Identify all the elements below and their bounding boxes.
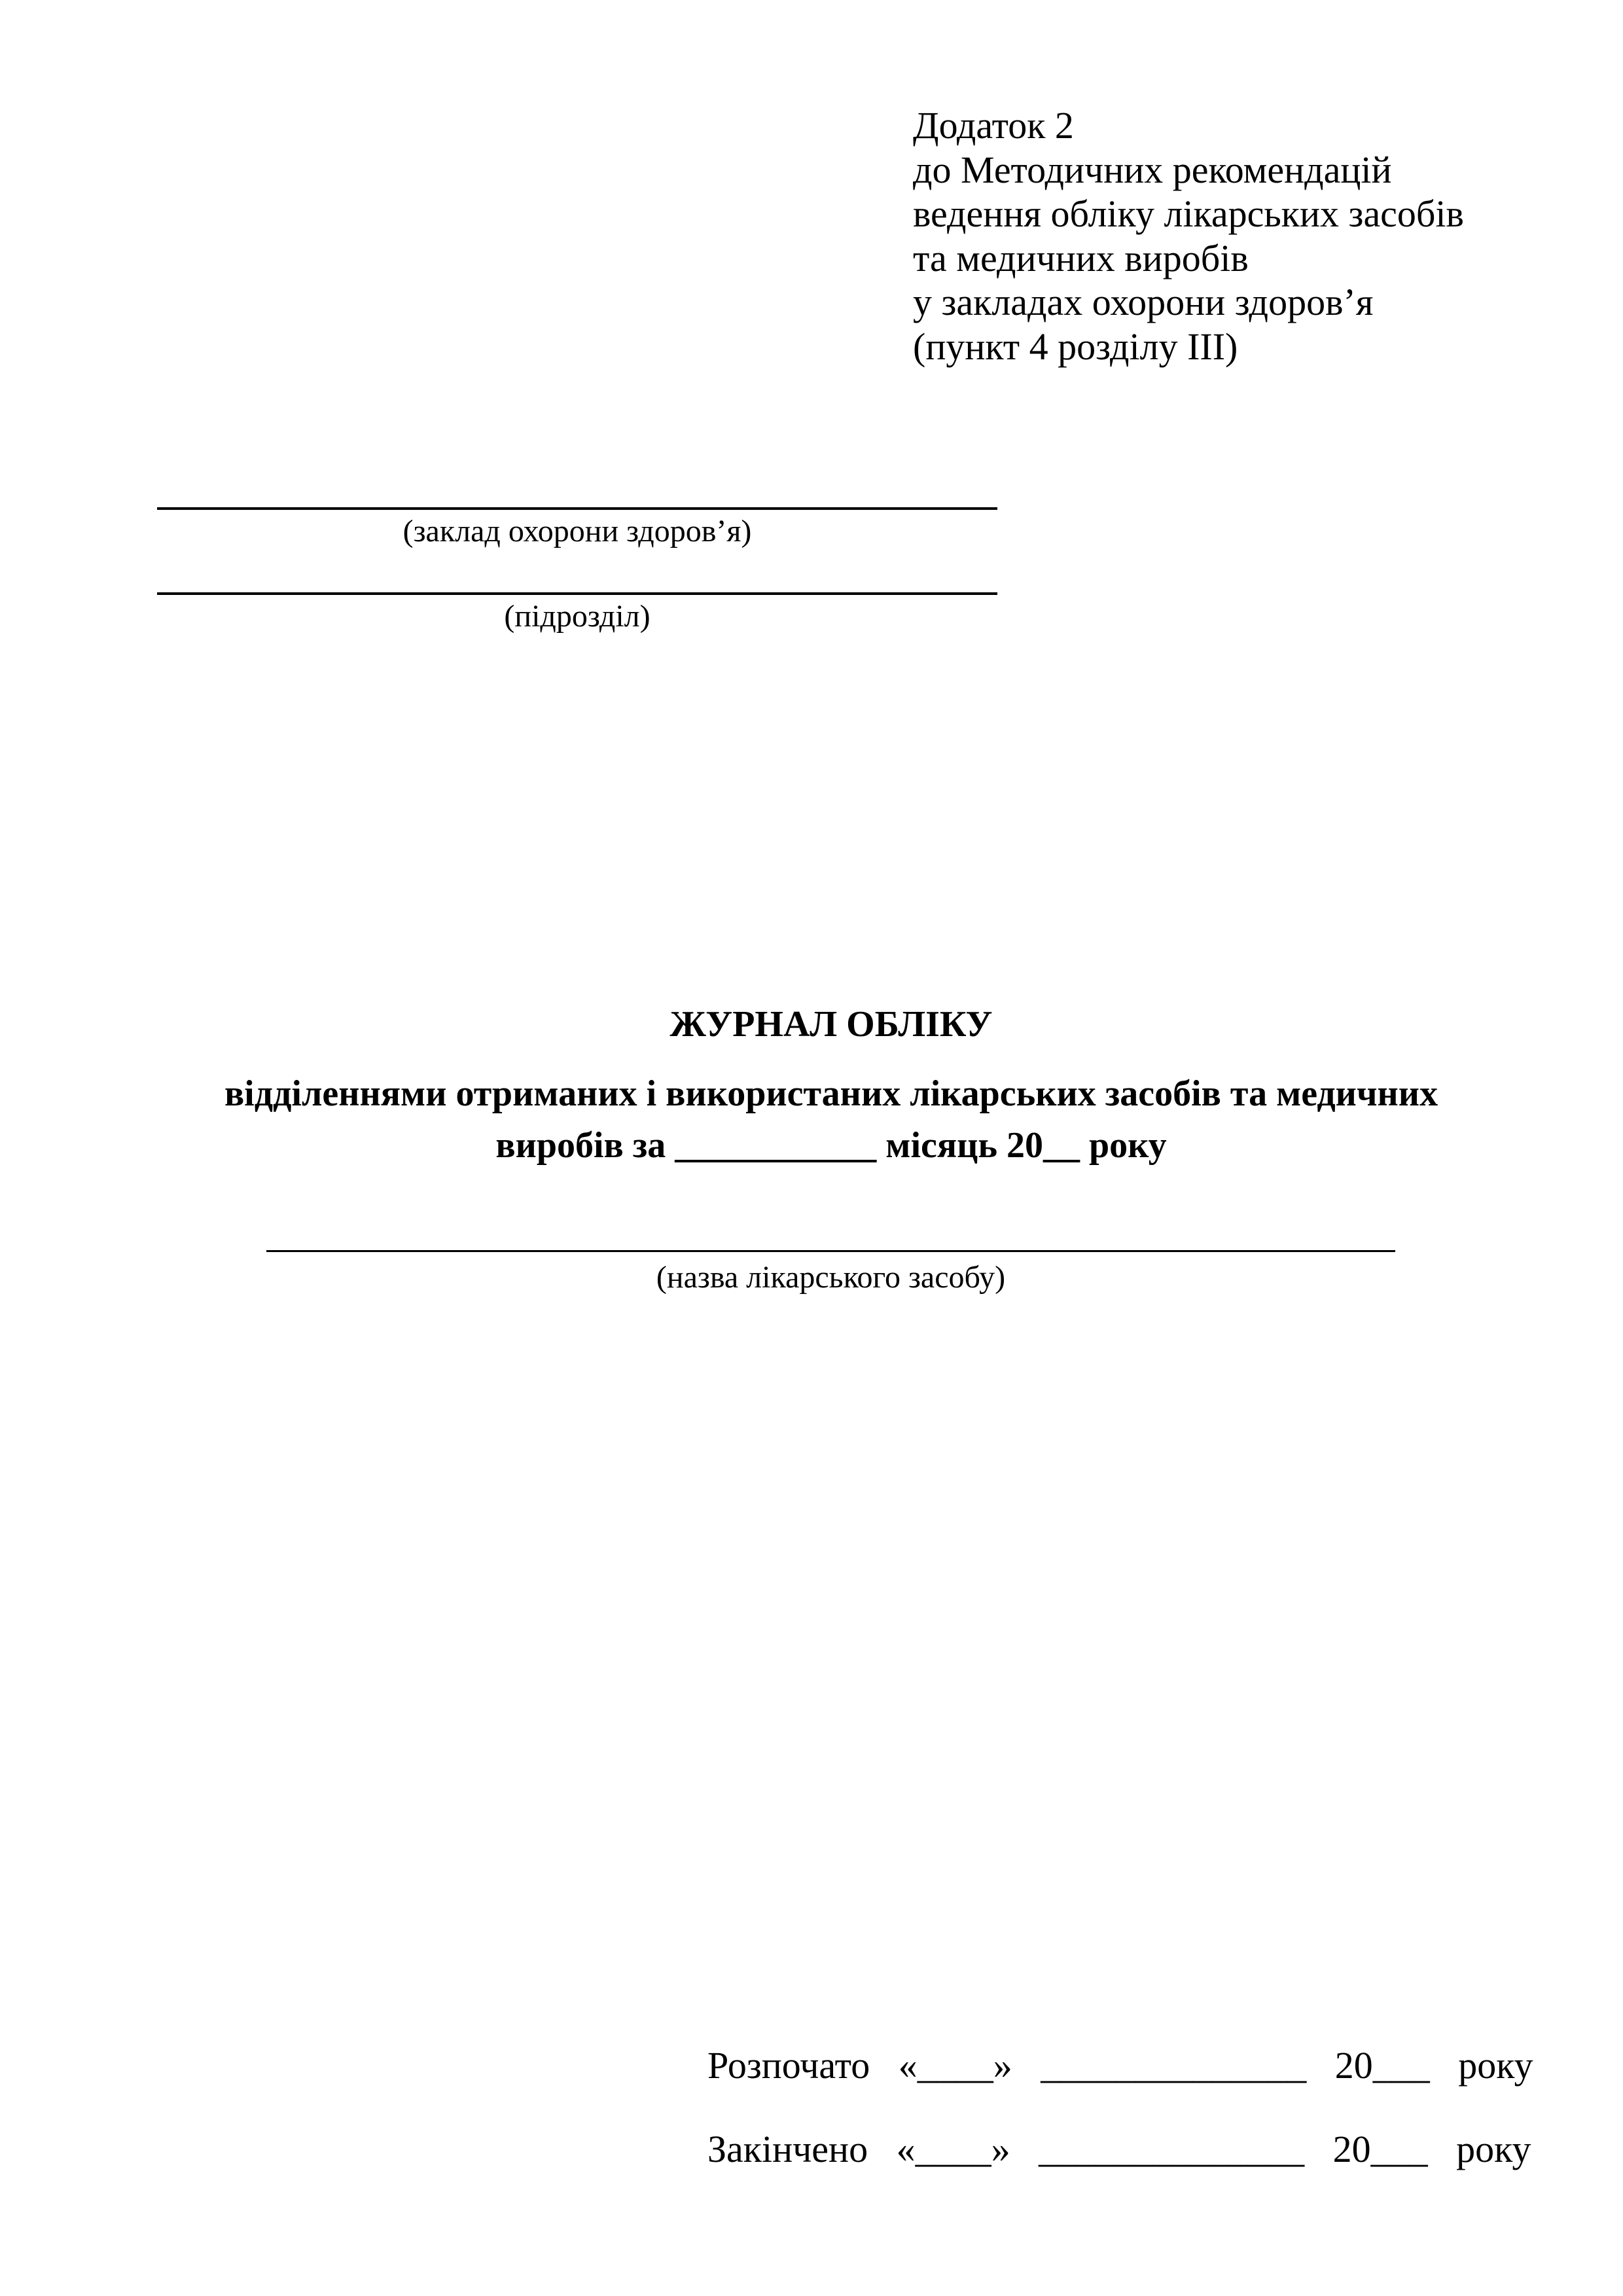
journal-subtitle-line-1: відділеннями отриманих і використаних лі… [0, 1068, 1623, 1120]
institution-field-caption: (заклад охорони здоров’я) [157, 513, 997, 550]
appendix-line: у закладах охорони здоров’я [913, 280, 1464, 325]
started-month-field[interactable]: ______________ [1041, 2044, 1306, 2087]
started-year-field[interactable]: 20___ [1335, 2044, 1430, 2087]
appendix-line: ведення обліку лікарських засобів [913, 192, 1464, 236]
journal-subtitle-line-2: виробів за ___________ місяць 20__ року [0, 1120, 1623, 1172]
subdivision-field-caption: (підрозділ) [157, 598, 997, 635]
finished-month-field[interactable]: ______________ [1039, 2128, 1304, 2170]
finished-year-field[interactable]: 20___ [1333, 2128, 1428, 2170]
started-label: Розпочато [707, 2044, 870, 2087]
appendix-line: та медичних виробів [913, 236, 1464, 281]
started-day-field[interactable]: «____» [899, 2044, 1012, 2087]
journal-title: ЖУРНАЛ ОБЛІКУ [0, 1003, 1623, 1045]
appendix-line: до Методичних рекомендацій [913, 148, 1464, 192]
appendix-number: Додаток 2 [913, 103, 1464, 148]
subdivision-field-line[interactable] [157, 592, 997, 595]
started-year-word: року [1458, 2044, 1533, 2087]
finished-label: Закінчено [707, 2128, 868, 2170]
drug-name-field-line[interactable] [266, 1250, 1395, 1252]
finished-year-word: року [1456, 2128, 1531, 2170]
finished-day-field[interactable]: «____» [897, 2128, 1010, 2170]
appendix-reference: Додаток 2 до Методичних рекомендацій вед… [913, 103, 1464, 368]
journal-subtitle: відділеннями отриманих і використаних лі… [0, 1068, 1623, 1172]
institution-field-line[interactable] [157, 507, 997, 510]
started-date-row: Розпочато «____» ______________ 20___ ро… [707, 2043, 1533, 2088]
drug-name-caption: (назва лікарського засобу) [266, 1259, 1395, 1296]
appendix-line: (пункт 4 розділу ІІІ) [913, 325, 1464, 369]
finished-date-row: Закінчено «____» ______________ 20___ ро… [707, 2127, 1531, 2172]
